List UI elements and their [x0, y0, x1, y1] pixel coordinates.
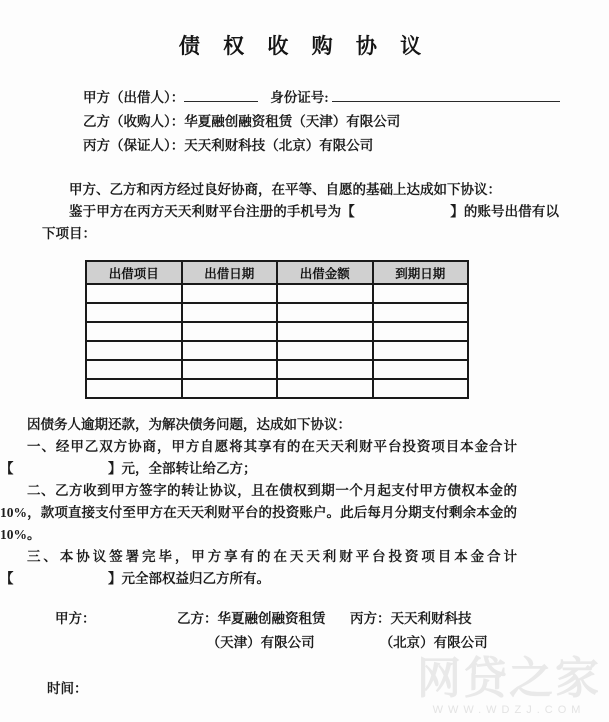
table-cell	[277, 303, 373, 322]
contract-document: 债 权 收 购 协 议 甲方（出借人）：身份证号: 乙方（收购人）：华夏融创融资…	[0, 0, 609, 722]
table-cell	[182, 322, 278, 341]
signature-party-b-name2: （天津）有限公司	[177, 631, 350, 655]
table-cell	[86, 379, 182, 398]
party-a-id-label: 身份证号:	[270, 90, 329, 105]
col-header-due-date: 到期日期	[373, 261, 469, 284]
table-cell	[86, 322, 182, 341]
party-c-label: 丙方（保证人）：	[83, 138, 184, 153]
party-block: 甲方（出借人）：身份证号: 乙方（收购人）：华夏融创融资租赁（天津）有限公司 丙…	[83, 86, 569, 158]
party-c-value: 天天利财科技（北京）有限公司	[184, 138, 373, 153]
signature-party-b-name1: 华夏融创融资租赁	[218, 611, 326, 626]
table-cell	[277, 379, 373, 398]
signature-party-c: 丙方：天天利财科技 （北京）有限公司	[350, 607, 550, 655]
signature-party-a: 甲方：	[55, 607, 177, 655]
table-cell	[182, 360, 278, 379]
table-cell	[182, 379, 278, 398]
term-item-3: 三、本协议签署完毕，甲方享有的在天天利财平台投资项目本金合计【 】元全部权益归乙…	[0, 546, 517, 590]
party-c-line: 丙方（保证人）：天天利财科技（北京）有限公司	[83, 134, 569, 158]
table-cell	[373, 322, 469, 341]
document-title: 债 权 收 购 协 议	[0, 0, 609, 60]
table-cell	[373, 360, 469, 379]
loan-table-body	[86, 284, 468, 398]
signature-party-c-name2: （北京）有限公司	[350, 631, 550, 655]
term-item-1: 一、经甲乙双方协商，甲方自愿将其享有的在天天利财平台投资项目本金合计【 】元，全…	[0, 436, 517, 480]
loan-items-table: 出借项目 出借日期 出借金额 到期日期	[85, 260, 469, 399]
table-cell	[182, 284, 278, 303]
party-a-line: 甲方（出借人）：身份证号:	[83, 86, 569, 110]
col-header-lend-date: 出借日期	[182, 261, 278, 284]
party-a-id-blank	[332, 89, 560, 102]
party-b-value: 华夏融创融资租赁（天津）有限公司	[184, 114, 400, 129]
table-cell	[277, 341, 373, 360]
party-a-label: 甲方（出借人）：	[83, 90, 184, 105]
watermark-url-text: WWW.WDZJ.COM	[417, 704, 601, 716]
signature-party-b-label: 乙方：	[177, 611, 218, 626]
table-header-row: 出借项目 出借日期 出借金额 到期日期	[86, 261, 468, 284]
signature-party-c-line1: 丙方：天天利财科技	[350, 607, 550, 631]
terms-intro: 因债务人逾期还款，为解决债务问题，达成如下协议：	[0, 414, 517, 436]
loan-table-header: 出借项目 出借日期 出借金额 到期日期	[86, 261, 468, 284]
signature-party-b: 乙方：华夏融创融资租赁 （天津）有限公司	[177, 607, 350, 655]
table-cell	[373, 284, 469, 303]
term-item-2: 二、乙方收到甲方签字的转让协议，且在债权到期一个月起支付甲方债权本金的10%，款…	[0, 480, 517, 546]
table-cell	[86, 341, 182, 360]
signature-party-a-label: 甲方：	[55, 607, 177, 631]
table-cell	[86, 284, 182, 303]
watermark: 网贷之家 WWW.WDZJ.COM	[417, 656, 601, 716]
signature-party-c-label: 丙方：	[350, 611, 391, 626]
table-cell	[277, 284, 373, 303]
intro-paragraph-2: 鉴于甲方在丙方天天利财平台注册的手机号为【 】的账号出借有以下项目：	[42, 201, 559, 245]
table-cell	[277, 360, 373, 379]
party-b-label: 乙方（收购人）：	[83, 114, 184, 129]
table-row	[86, 322, 468, 341]
terms-block: 因债务人逾期还款，为解决债务问题，达成如下协议： 一、经甲乙双方协商，甲方自愿将…	[0, 414, 609, 590]
table-cell	[373, 341, 469, 360]
col-header-project: 出借项目	[86, 261, 182, 284]
table-row	[86, 379, 468, 398]
table-cell	[182, 341, 278, 360]
table-row	[86, 360, 468, 379]
signature-party-c-name1: 天天利财科技	[391, 611, 472, 626]
table-cell	[373, 303, 469, 322]
intro-block: 甲方、乙方和丙方经过良好协商，在平等、自愿的基础上达成如下协议： 鉴于甲方在丙方…	[0, 179, 609, 245]
table-row	[86, 341, 468, 360]
party-a-name-blank	[184, 89, 258, 102]
table-row	[86, 284, 468, 303]
col-header-amount: 出借金额	[277, 261, 373, 284]
table-cell	[373, 379, 469, 398]
table-row	[86, 303, 468, 322]
table-cell	[86, 303, 182, 322]
table-cell	[182, 303, 278, 322]
table-cell	[277, 322, 373, 341]
watermark-brand-text: 网贷之家	[417, 656, 601, 702]
table-cell	[86, 360, 182, 379]
party-b-line: 乙方（收购人）：华夏融创融资租赁（天津）有限公司	[83, 110, 569, 134]
signature-row: 甲方： 乙方：华夏融创融资租赁 （天津）有限公司 丙方：天天利财科技 （北京）有…	[55, 607, 609, 655]
signature-party-b-line1: 乙方：华夏融创融资租赁	[177, 607, 350, 631]
intro-paragraph-1: 甲方、乙方和丙方经过良好协商，在平等、自愿的基础上达成如下协议：	[42, 179, 559, 201]
